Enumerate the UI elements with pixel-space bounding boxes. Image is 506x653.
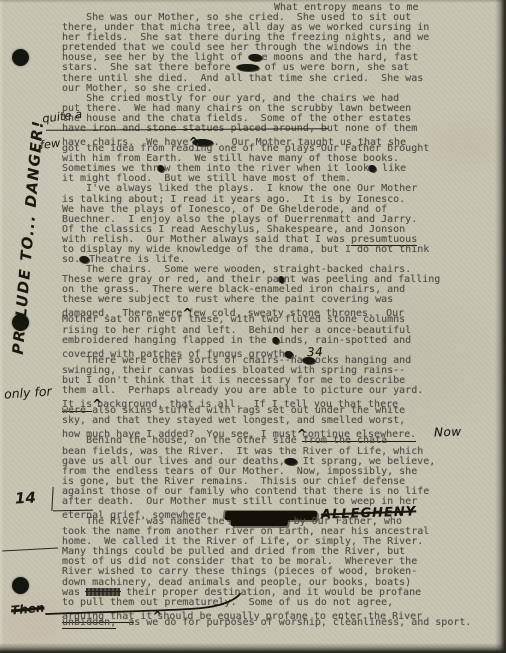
typed-text: inds, rain-spotted and (279, 335, 411, 346)
manuscript-page: What entropy means to me She was our Mot… (0, 0, 506, 653)
ink-blot (249, 54, 262, 61)
typed-text: sky, and that they stayed wet longest, a… (62, 415, 405, 426)
typed-text: these were subject to rust where the pai… (62, 294, 393, 305)
punch-hole (12, 49, 29, 66)
quite-a-few-line2: few (39, 134, 86, 152)
only-for-note: only for (4, 383, 53, 401)
typed-line: sky, and that they stayed wet longest, a… (62, 416, 405, 426)
then-scribble-note: Then (10, 601, 45, 618)
ink-blot (80, 256, 89, 263)
ink-blot (237, 64, 259, 71)
typed-line: unbidden, as we do for purposes of worsh… (62, 618, 471, 628)
ink-blot (285, 458, 297, 465)
typed-line: them all. Perhaps already you are able t… (62, 386, 423, 396)
typed-text: embroidered hanging flapped in the (62, 335, 273, 346)
margin-dash-mark (2, 548, 58, 552)
ink-blot (303, 357, 315, 364)
punch-hole (12, 577, 29, 594)
prelude-danger-note: PRELUDE TO... DANGER! (9, 117, 48, 358)
quite-a-few-line1: quite a (41, 107, 82, 126)
page-edge (0, 0, 506, 3)
hand-underlined-text: unbidden, (62, 617, 116, 630)
margin-14-note: 14 (15, 488, 37, 507)
ink-blot (369, 165, 376, 172)
typed-text: like (376, 163, 406, 174)
page-edge-shadow (495, 0, 506, 653)
page-edge (0, 0, 4, 653)
blacked-out-text (230, 517, 288, 526)
insertion-arrow (44, 592, 248, 618)
typed-line: embroidered hanging flapped in the inds,… (62, 336, 411, 346)
typed-line: these were subject to rust where the pai… (62, 295, 393, 305)
bracket-mark (51, 487, 53, 511)
typed-text: as we do for purposes of worship, cleanl… (116, 617, 471, 628)
page-edge-shadow (0, 643, 506, 653)
handwritten-inline-note: Now (434, 425, 462, 440)
typed-text: them all. Perhaps already you are able t… (62, 385, 423, 396)
